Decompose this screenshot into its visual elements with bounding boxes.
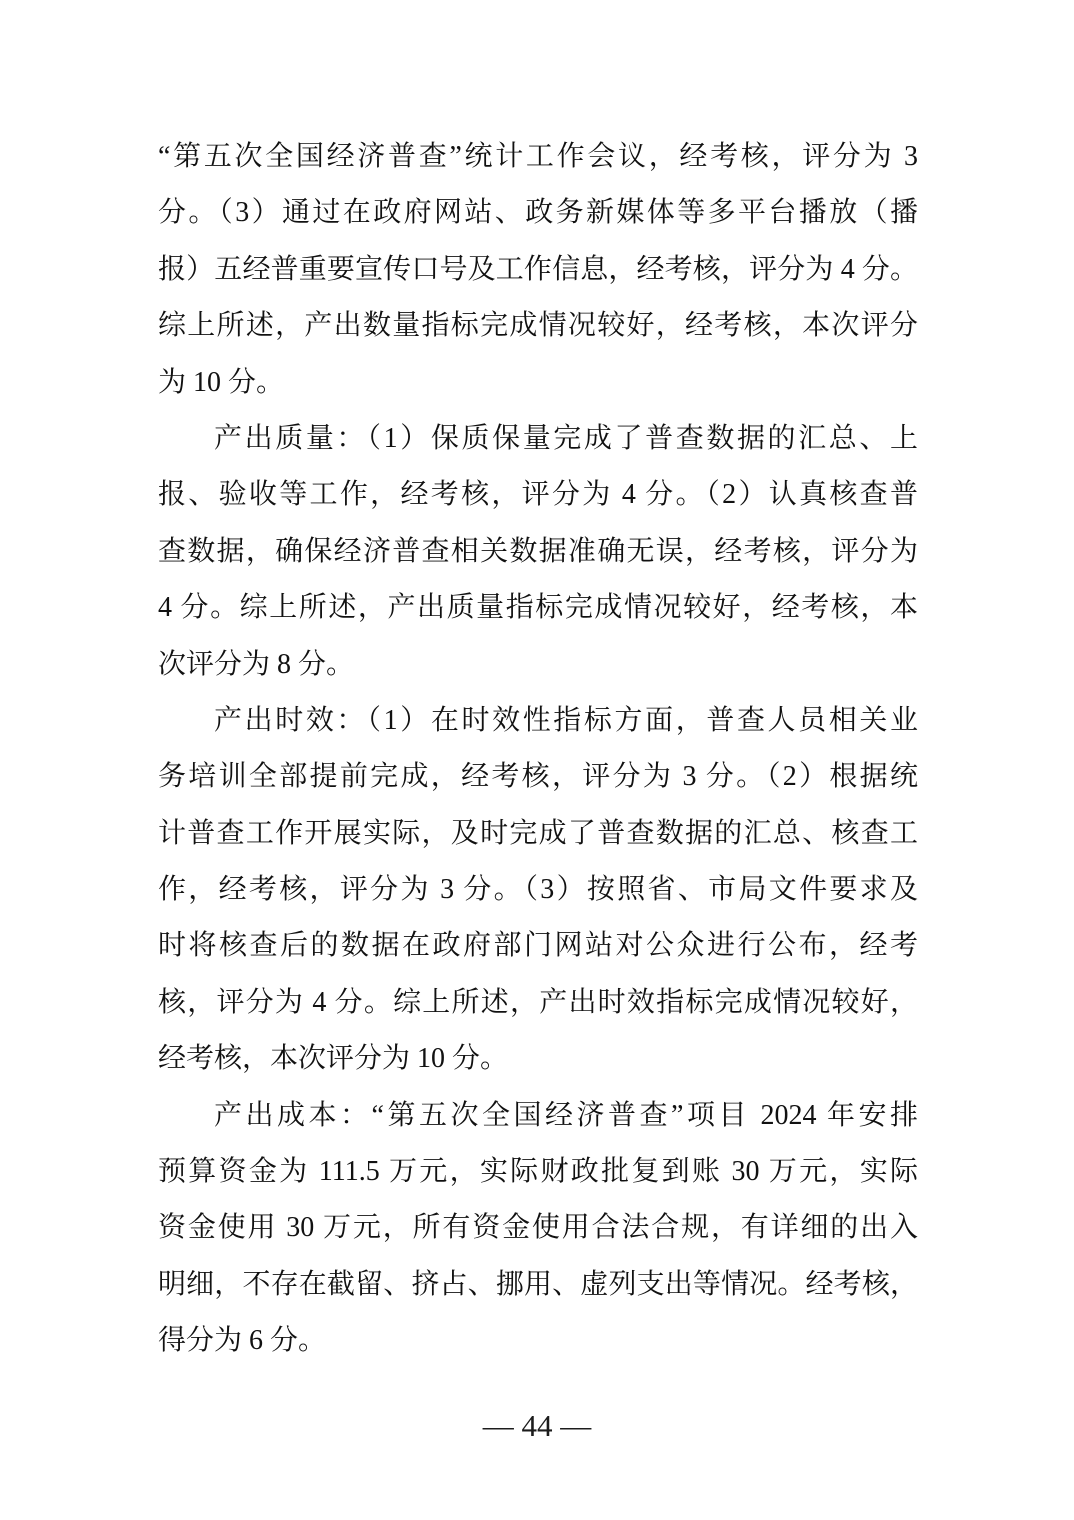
page-number: — 44 — — [483, 1408, 592, 1443]
text-line: 时将核查后的数据在政府部门网站对公众进行公布，经考 — [158, 918, 918, 974]
text-line: 次评分为 8 分。 — [158, 637, 918, 693]
text-line: 产出时效：（1）在时效性指标方面，普查人员相关业 — [158, 693, 918, 749]
text-line: 产出质量：（1）保质保量完成了普查数据的汇总、上 — [158, 411, 918, 467]
text-line: 明细，不存在截留、挤占、挪用、虚列支出等情况。经考核， — [158, 1257, 918, 1313]
text-line: 作，经考核，评分为 3 分。（3）按照省、市局文件要求及 — [158, 862, 918, 918]
text-line: 计普查工作开展实际，及时完成了普查数据的汇总、核查工 — [158, 806, 918, 862]
text-line: 查数据，确保经济普查相关数据准确无误，经考核，评分为 — [158, 524, 918, 580]
text-line: 得分为 6 分。 — [158, 1313, 918, 1369]
text-line: 核，评分为 4 分。综上所述，产出时效指标完成情况较好， — [158, 975, 918, 1031]
text-line: 分。（3）通过在政府网站、政务新媒体等多平台播放（播 — [158, 185, 918, 241]
paragraph: 产出时效：（1）在时效性指标方面，普查人员相关业务培训全部提前完成，经考核，评分… — [158, 693, 918, 1088]
text-line: 务培训全部提前完成，经考核，评分为 3 分。（2）根据统 — [158, 749, 918, 805]
text-line: 经考核，本次评分为 10 分。 — [158, 1031, 918, 1087]
page-footer: — 44 — — [0, 1410, 1074, 1441]
document-body: “第五次全国经济普查”统计工作会议，经考核，评分为 3分。（3）通过在政府网站、… — [158, 129, 918, 1370]
text-line: 报、验收等工作，经考核，评分为 4 分。（2）认真核查普 — [158, 467, 918, 523]
text-line: 4 分。综上所述，产出质量指标完成情况较好，经考核，本 — [158, 580, 918, 636]
paragraph: 产出成本：“第五次全国经济普查”项目 2024 年安排预算资金为 111.5 万… — [158, 1088, 918, 1370]
text-line: “第五次全国经济普查”统计工作会议，经考核，评分为 3 — [158, 129, 918, 185]
paragraph: 产出质量：（1）保质保量完成了普查数据的汇总、上报、验收等工作，经考核，评分为 … — [158, 411, 918, 693]
document-page: “第五次全国经济普查”统计工作会议，经考核，评分为 3分。（3）通过在政府网站、… — [0, 0, 1074, 1520]
text-line: 预算资金为 111.5 万元，实际财政批复到账 30 万元，实际 — [158, 1144, 918, 1200]
text-line: 综上所述，产出数量指标完成情况较好，经考核，本次评分 — [158, 298, 918, 354]
text-line: 产出成本：“第五次全国经济普查”项目 2024 年安排 — [158, 1088, 918, 1144]
text-line: 报）五经普重要宣传口号及工作信息，经考核，评分为 4 分。 — [158, 242, 918, 298]
text-line: 为 10 分。 — [158, 355, 918, 411]
text-line: 资金使用 30 万元，所有资金使用合法合规，有详细的出入 — [158, 1200, 918, 1256]
paragraph: “第五次全国经济普查”统计工作会议，经考核，评分为 3分。（3）通过在政府网站、… — [158, 129, 918, 411]
